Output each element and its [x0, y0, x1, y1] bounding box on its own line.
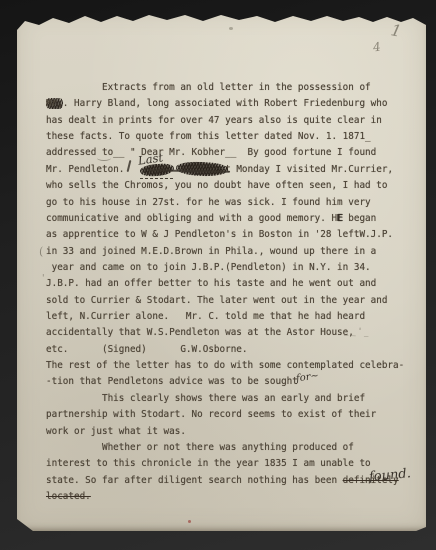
typed-line: year and came on to join J.B.P.(Pendleto…	[46, 260, 404, 276]
typed-line: This clearly shows there was an early an…	[46, 391, 404, 407]
typed-segment: etc. (Signed) G.W.Osborne.	[46, 344, 248, 355]
document-photo: Extracts from an old letter in the posse…	[0, 0, 436, 550]
typed-line: state. So far after diligent search noth…	[46, 473, 404, 489]
typed-segment: work or just what it was.	[46, 426, 186, 437]
ink-scribbled-word: Mr,	[46, 98, 63, 109]
typed-segment: year and came on to join J.B.P.(Pendleto…	[46, 262, 371, 273]
typed-segment: state. So far after diligent search noth…	[46, 475, 343, 486]
typed-segment: communicative and obliging and with a go…	[46, 213, 337, 224]
typed-line: located.	[46, 489, 404, 505]
typed-line: has dealt in prints for over 47 years al…	[46, 113, 404, 129]
typed-line: etc. (Signed) G.W.Osborne.	[46, 342, 404, 358]
typed-line: interest to this chronicle in the year 1…	[46, 456, 404, 472]
typed-line: accidentally that W.S.Pendleton was at t…	[46, 325, 404, 341]
typed-line: sold to Currier & Stodart. The later wen…	[46, 293, 404, 309]
typed-segment: began	[343, 213, 377, 224]
typed-line: these facts. To quote from this letter d…	[46, 129, 404, 145]
typed-segment: who sells the Chromos, you no doubt have…	[46, 180, 387, 191]
typed-segment: . Harry Bland, long associated with Robe…	[63, 98, 388, 109]
typed-line: -tion that Pendletons advice was to be s…	[46, 374, 404, 390]
typed-line: Mr,. Harry Bland, long associated with R…	[46, 96, 404, 112]
typed-segment: -tion that Pendletons advice was to be s…	[46, 376, 298, 387]
typed-segment: Mr. Pendleton.	[46, 164, 124, 175]
typed-line: communicative and obliging and with a go…	[46, 211, 404, 227]
typed-line: go to his house in 27st. for he was sick…	[46, 195, 404, 211]
typed-segment: Whether or not there was anything produc…	[46, 442, 354, 453]
typed-segment: interest to this chronicle in the year 1…	[46, 458, 371, 469]
typed-segment: accidentally that W.S.Pendleton was at t…	[46, 327, 354, 338]
typed-line: who sells the Chromos, you no doubt have…	[46, 178, 404, 194]
typed-line: The rest of the letter has to do with so…	[46, 358, 404, 374]
typed-segment: The rest of the letter has to do with so…	[46, 360, 404, 371]
typed-line: Whether or not there was anything produc…	[46, 440, 404, 456]
letter-page: Extracts from an old letter in the posse…	[17, 12, 426, 531]
typed-segment: has dealt in prints for over 47 years al…	[46, 115, 382, 126]
typed-line: J.B.P. had an offer better to his taste …	[46, 276, 404, 292]
typed-segment: J.B.P. had an offer better to his taste …	[46, 278, 376, 289]
typed-segment: addressed to__ " Dear Mr. Kobher__ By go…	[46, 147, 376, 158]
struck-out-word: located.	[46, 491, 91, 502]
typed-segment: t Monday I visited Mr.Currier,	[225, 164, 393, 175]
typed-text: Extracts from an old letter in the posse…	[46, 80, 404, 505]
typed-line: partnership with Stodart. No record seem…	[46, 407, 404, 423]
typed-segment: as apprentice to W & J Pendleton's in Bo…	[46, 229, 393, 240]
typed-line: work or just what it was.	[46, 424, 404, 440]
typed-line: Mr. Pendleton. t Monday I visited Mr.Cur…	[46, 162, 404, 178]
typed-segment: left, N.Currier alone. Mr. C. told me th…	[46, 311, 365, 322]
typed-segment: Extracts from an old letter in the posse…	[46, 82, 371, 93]
typed-line: as apprentice to W & J Pendleton's in Bo…	[46, 227, 404, 243]
typed-line: in 33 and joined M.E.D.Brown in Phila., …	[46, 244, 404, 260]
typed-line: Extracts from an old letter in the posse…	[46, 80, 404, 96]
typed-segment: This clearly shows there was an early an…	[46, 393, 365, 404]
typed-segment: in 33 and joined M.E.D.Brown in Phila., …	[46, 246, 376, 257]
typed-line: addressed to__ " Dear Mr. Kobher__ By go…	[46, 145, 404, 161]
typed-segment	[124, 164, 225, 175]
typed-segment: these facts. To quote from this letter d…	[46, 131, 371, 142]
typed-line: left, N.Currier alone. Mr. C. told me th…	[46, 309, 404, 325]
typed-segment: sold to Currier & Stodart. The later wen…	[46, 295, 387, 306]
typed-segment: go to his house in 27st. for he was sick…	[46, 197, 371, 208]
struck-out-word: definitely	[343, 475, 399, 486]
typed-segment: partnership with Stodart. No record seem…	[46, 409, 376, 420]
